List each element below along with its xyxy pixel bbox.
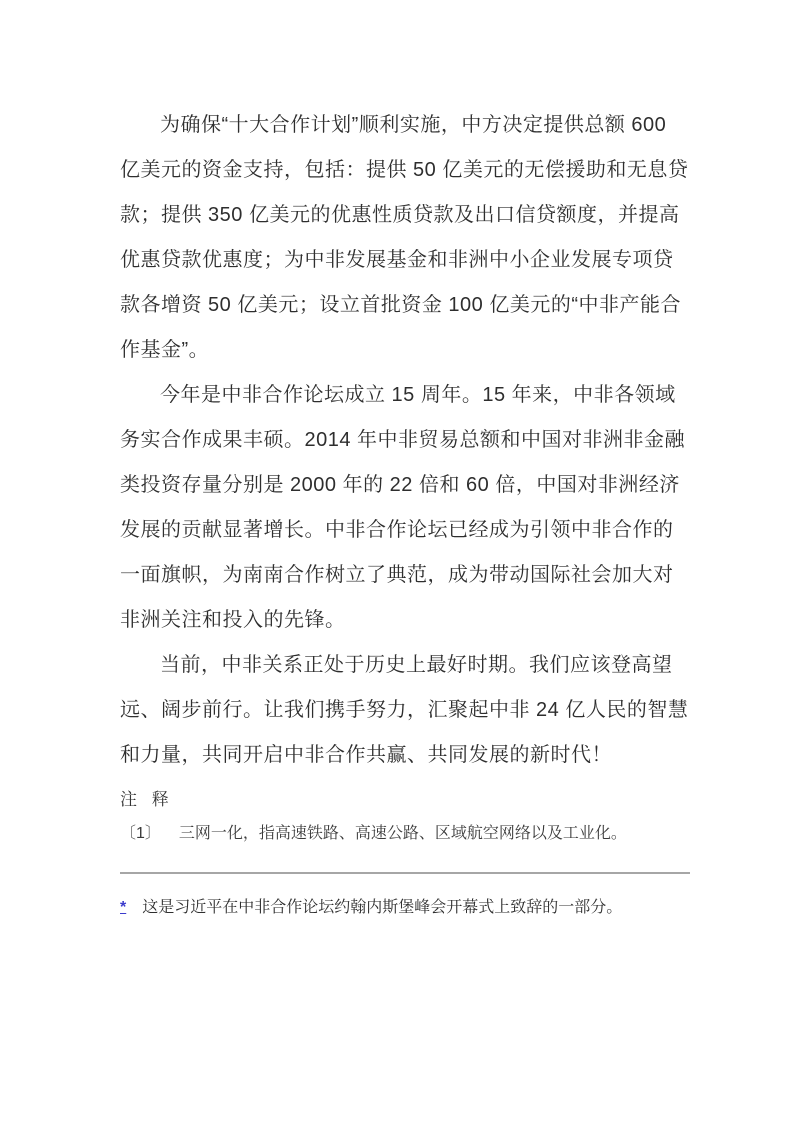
notes-heading: 注 释 bbox=[120, 788, 690, 812]
footnote: *这是习近平在中非合作论坛约翰内斯堡峰会开幕式上致辞的一部分。 bbox=[120, 896, 690, 920]
footnote-divider bbox=[120, 872, 690, 874]
footnote-text: 这是习近平在中非合作论坛约翰内斯堡峰会开幕式上致辞的一部分。 bbox=[142, 899, 622, 916]
paragraph-funding-support: 为确保“十大合作计划”顺利实施，中方决定提供总额 600 亿美元的资金支持，包括… bbox=[120, 103, 690, 373]
note-marker: 〔1〕 bbox=[120, 822, 161, 846]
paragraph-forum-15-years: 今年是中非合作论坛成立 15 周年。15 年来，中非各领域务实合作成果丰硕。20… bbox=[120, 373, 690, 643]
document-page: 为确保“十大合作计划”顺利实施，中方决定提供总额 600 亿美元的资金支持，包括… bbox=[0, 0, 800, 1130]
paragraph-best-period: 当前，中非关系正处于历史上最好时期。我们应该登高望远、阔步前行。让我们携手努力，… bbox=[120, 643, 690, 778]
document-body: 为确保“十大合作计划”顺利实施，中方决定提供总额 600 亿美元的资金支持，包括… bbox=[120, 103, 690, 920]
note-text: 三网一化，指高速铁路、高速公路、区域航空网络以及工业化。 bbox=[179, 825, 627, 842]
footnote-asterisk-link[interactable]: * bbox=[120, 896, 126, 920]
note-item: 〔1〕三网一化，指高速铁路、高速公路、区域航空网络以及工业化。 bbox=[120, 822, 690, 846]
